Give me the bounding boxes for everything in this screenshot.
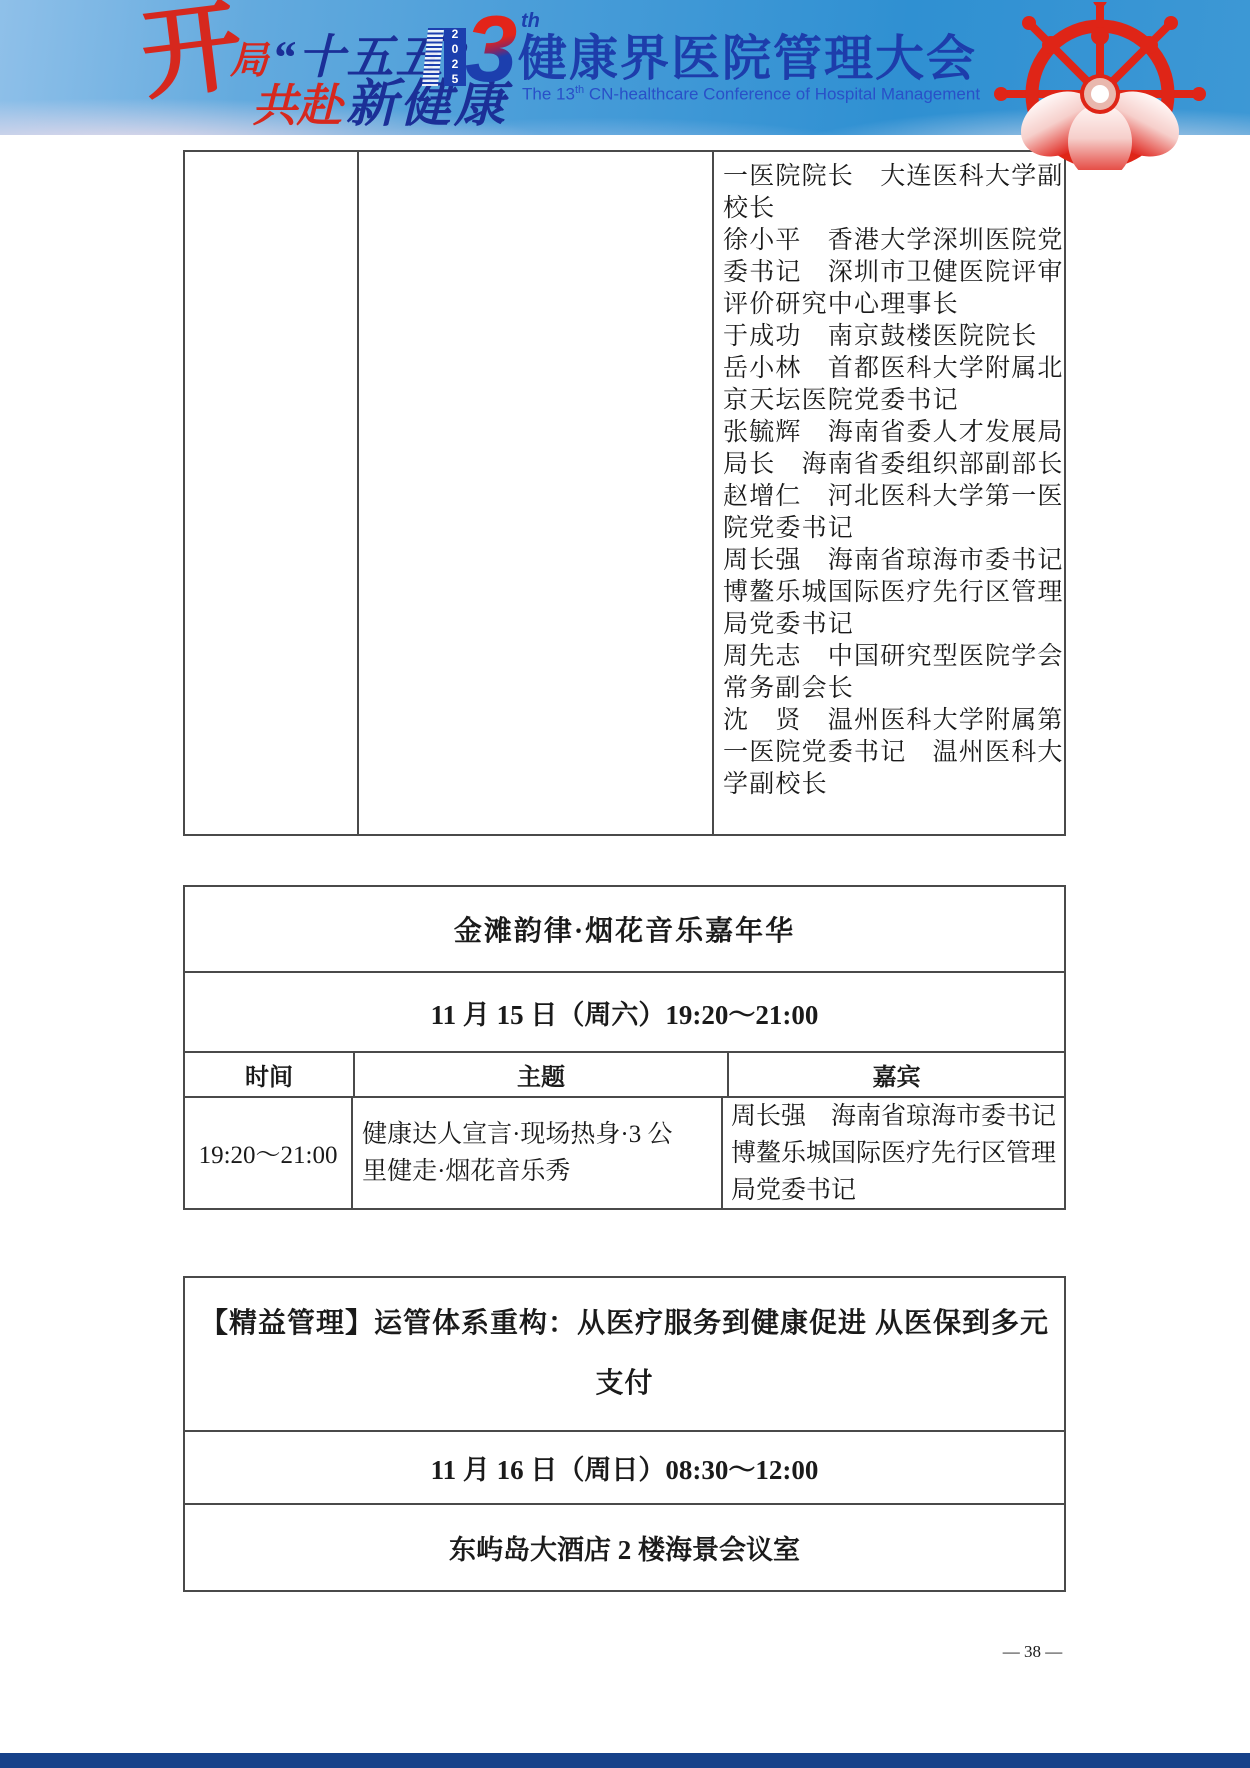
text-line: 京天坛医院党委书记: [723, 385, 1056, 417]
text-line: 沈 贤 温州医科大学附属第: [723, 705, 1056, 737]
text-line: 委书记 深圳市卫健医院评审: [723, 257, 1056, 289]
topic-column-empty: [359, 152, 714, 834]
text-line: 学副校长: [723, 769, 1056, 801]
text-line: 健康达人宣言·现场热身·3 公: [362, 1116, 712, 1153]
text-line: 一医院党委书记 温州医科大: [723, 737, 1056, 769]
text-line: 【精益管理】运管体系重构：从医疗服务到健康促进 从医保到多元: [200, 1294, 1049, 1354]
session-location: 东屿岛大酒店 2 楼海景会议室: [185, 1503, 1064, 1590]
carnival-data-row: 19:20～21:00 健康达人宣言·现场热身·3 公里健走·烟花音乐秀 周长强…: [185, 1096, 1064, 1208]
logo-year-label: 2025: [444, 28, 466, 86]
text-line: 徐小平 香港大学深圳医院党: [723, 225, 1056, 257]
text-line: 评价研究中心理事长: [723, 289, 1056, 321]
conference-title-en: The 13th CN-healthcare Conference of Hos…: [522, 84, 980, 105]
text-line: 于成功 南京鼓楼医院院长: [723, 321, 1056, 353]
guest-table-continued: 一医院院长 大连医科大学副校长徐小平 香港大学深圳医院党委书记 深圳市卫健医院评…: [183, 150, 1066, 836]
slogan-gongfu-text: 共赴: [252, 81, 342, 131]
text-line: 岳小林 首都医科大学附属北: [723, 353, 1056, 385]
header-guest: 嘉宾: [729, 1053, 1064, 1096]
logo-digit-three: 3: [465, 2, 517, 96]
logo-stripe-icon: [422, 28, 444, 86]
text-line: 支付: [595, 1354, 653, 1414]
text-line: 局党委书记: [731, 1172, 1056, 1209]
lean-management-table: 【精益管理】运管体系重构：从医疗服务到健康促进 从医保到多元支付 11 月 16…: [183, 1276, 1066, 1592]
carnival-table: 金滩韵律·烟花音乐嘉年华 11 月 15 日（周六）19:20～21:00 时间…: [183, 885, 1066, 1210]
text-line: 博鳌乐城国际医疗先行区管理: [723, 577, 1056, 609]
cell-topic: 健康达人宣言·现场热身·3 公里健走·烟花音乐秀: [353, 1098, 723, 1208]
text-line: 周长强 海南省琼海市委书记: [723, 545, 1056, 577]
conference-13th-logo: 2025 3 th: [425, 18, 525, 108]
text-line: 里健走·烟花音乐秀: [362, 1153, 712, 1190]
text-line: 常务副会长: [723, 673, 1056, 705]
text-line: 院党委书记: [723, 513, 1056, 545]
text-line: 周长强 海南省琼海市委书记: [731, 1098, 1056, 1135]
carnival-title: 金滩韵律·烟花音乐嘉年华: [185, 887, 1064, 971]
header-topic: 主题: [355, 1053, 729, 1096]
text-line: 校长: [723, 193, 1056, 225]
header-time: 时间: [185, 1053, 355, 1096]
session-title: 【精益管理】运管体系重构：从医疗服务到健康促进 从医保到多元支付: [185, 1278, 1064, 1430]
bottom-blue-bar: [0, 1753, 1250, 1768]
cell-time: 19:20～21:00: [185, 1098, 353, 1208]
text-line: 局长 海南省委组织部副部长: [723, 449, 1056, 481]
page-number: — 38 —: [985, 1642, 1080, 1662]
text-line: 张毓辉 海南省委人才发展局: [723, 417, 1056, 449]
text-line: 周先志 中国研究型医院学会: [723, 641, 1056, 673]
conference-title-cn: 健康界医院管理大会: [518, 20, 977, 90]
carnival-datetime: 11 月 15 日（周六）19:20～21:00: [185, 971, 1064, 1051]
carnival-header-row: 时间 主题 嘉宾: [185, 1051, 1064, 1096]
session-datetime: 11 月 16 日（周日）08:30～12:00: [185, 1430, 1064, 1503]
document-page: 开 局 “十五五” 共赴 新健康 2025 3 th 健康界医院管理大会 The…: [0, 0, 1250, 1768]
text-line: 博鳌乐城国际医疗先行区管理: [731, 1135, 1056, 1172]
text-line: 局党委书记: [723, 609, 1056, 641]
cell-guest: 周长强 海南省琼海市委书记博鳌乐城国际医疗先行区管理局党委书记: [723, 1098, 1064, 1208]
ship-wheel-icon: [985, 2, 1215, 170]
guest-column: 一医院院长 大连医科大学副校长徐小平 香港大学深圳医院党委书记 深圳市卫健医院评…: [714, 152, 1064, 834]
time-column-empty: [185, 152, 359, 834]
text-line: 赵增仁 河北医科大学第一医: [723, 481, 1056, 513]
